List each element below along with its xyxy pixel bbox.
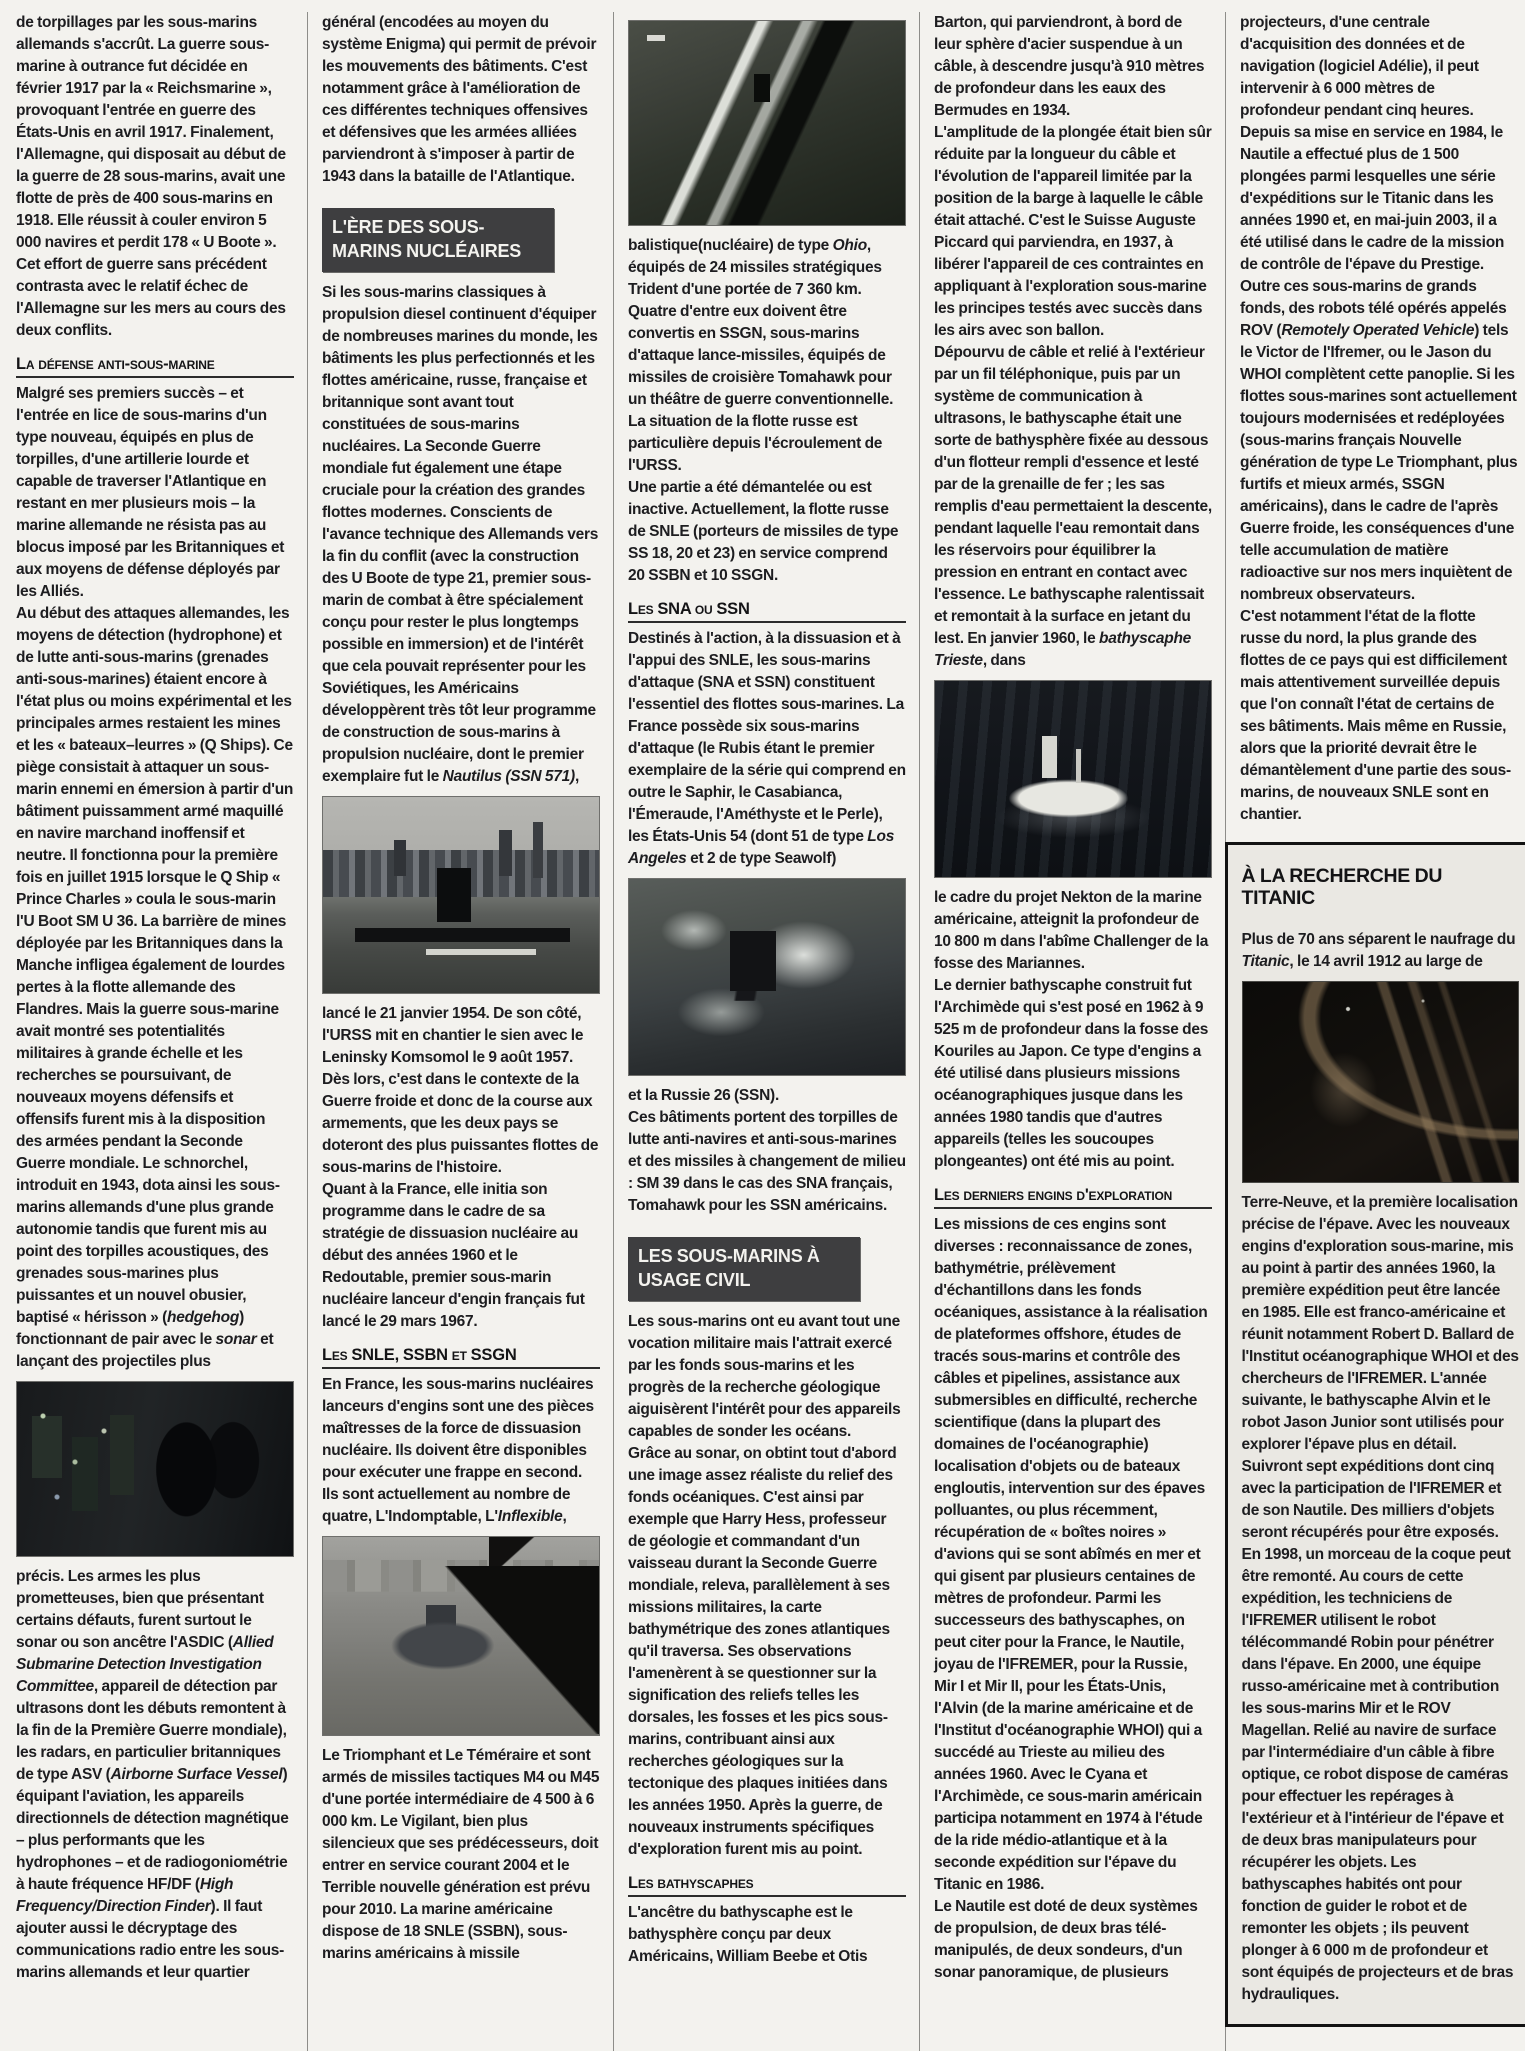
photo-sna-waves: [628, 878, 906, 1076]
chapter-heading: Les sous-marins à usage civil: [628, 1237, 860, 1301]
encyclopedia-page: de torpillages par les sous-marins allem…: [0, 0, 1525, 2051]
paragraph: général (encodées au moyen du système En…: [322, 12, 600, 188]
paragraph: projecteurs, d'une centrale d'acquisitio…: [1240, 12, 1518, 606]
paragraph: Grâce au sonar, on obtint tout d'abord u…: [628, 1443, 906, 1861]
photo-inflexible-launch: [322, 1536, 600, 1736]
photo-ohio-aerial: [628, 20, 906, 226]
paragraph: Le Triomphant et Le Téméraire et sont ar…: [322, 1745, 600, 1965]
columns: de torpillages par les sous-marins allem…: [0, 0, 1525, 2051]
paragraph: Au début des attaques allemandes, les mo…: [16, 603, 294, 1373]
sidebar-title: À la recherche du Titanic: [1242, 865, 1520, 909]
paragraph: et la Russie 26 (SSN).: [628, 1085, 906, 1107]
paragraph: Dépourvu de câble et relié à l'extérieur…: [934, 342, 1212, 672]
column-5: projecteurs, d'une centrale d'acquisitio…: [1225, 12, 1518, 2051]
chapter-heading: L'ère des sous-marins nucléaires: [322, 208, 554, 272]
section-heading: Les SNA ou SSN: [628, 600, 906, 623]
photo-trieste: [934, 680, 1212, 878]
column-3: balistique(nucléaire) de type Ohio, équi…: [613, 12, 906, 2051]
paragraph: C'est notamment l'état de la flotte russ…: [1240, 606, 1518, 826]
paragraph: Barton, qui parviendront, à bord de leur…: [934, 12, 1212, 122]
paragraph: balistique(nucléaire) de type Ohio, équi…: [628, 235, 906, 477]
titanic-sidebar: À la recherche du TitanicPlus de 70 ans …: [1225, 842, 1525, 2027]
paragraph: L'amplitude de la plongée était bien sûr…: [934, 122, 1212, 342]
photo-titanic-bow: [1242, 981, 1520, 1183]
paragraph: Les sous-marins ont eu avant tout une vo…: [628, 1311, 906, 1443]
paragraph: Terre-Neuve, et la première localisation…: [1242, 1192, 1520, 2006]
paragraph: Le Nautile est doté de deux systèmes de …: [934, 1896, 1212, 1984]
section-heading: Les bathyscaphes: [628, 1874, 906, 1897]
paragraph: lancé le 21 janvier 1954. De son côté, l…: [322, 1003, 600, 1179]
paragraph: précis. Les armes les plus prometteuses,…: [16, 1566, 294, 1984]
paragraph: Si les sous-marins classiques à propulsi…: [322, 282, 600, 788]
section-heading: Les derniers engins d'exploration: [934, 1186, 1212, 1209]
paragraph: En France, les sous-marins nucléaires la…: [322, 1374, 600, 1528]
section-heading: Les SNLE, SSBN et SSGN: [322, 1346, 600, 1369]
section-heading: La défense anti-sous-marine: [16, 355, 294, 378]
column-4: Barton, qui parviendront, à bord de leur…: [919, 12, 1212, 2051]
photo-nautilus-nyc: [322, 796, 600, 994]
paragraph: Plus de 70 ans séparent le naufrage du T…: [1242, 929, 1520, 973]
paragraph: le cadre du projet Nekton de la marine a…: [934, 887, 1212, 975]
paragraph: de torpillages par les sous-marins allem…: [16, 12, 294, 342]
paragraph: Malgré ses premiers succès – et l'entrée…: [16, 383, 294, 603]
paragraph: Une partie a été démantelée ou est inact…: [628, 477, 906, 587]
paragraph: Les missions de ces engins sont diverses…: [934, 1214, 1212, 1896]
paragraph: Le dernier bathyscaphe construit fut l'A…: [934, 975, 1212, 1173]
paragraph: Destinés à l'action, à la dissuasion et …: [628, 628, 906, 870]
paragraph: Quant à la France, elle initia son progr…: [322, 1179, 600, 1333]
paragraph: L'ancêtre du bathyscaphe est le bathysph…: [628, 1902, 906, 1968]
paragraph: Ces bâtiments portent des torpilles de l…: [628, 1107, 906, 1217]
column-2: général (encodées au moyen du système En…: [307, 12, 600, 2051]
photo-sonar-room: [16, 1381, 294, 1557]
column-1: de torpillages par les sous-marins allem…: [16, 12, 294, 2051]
